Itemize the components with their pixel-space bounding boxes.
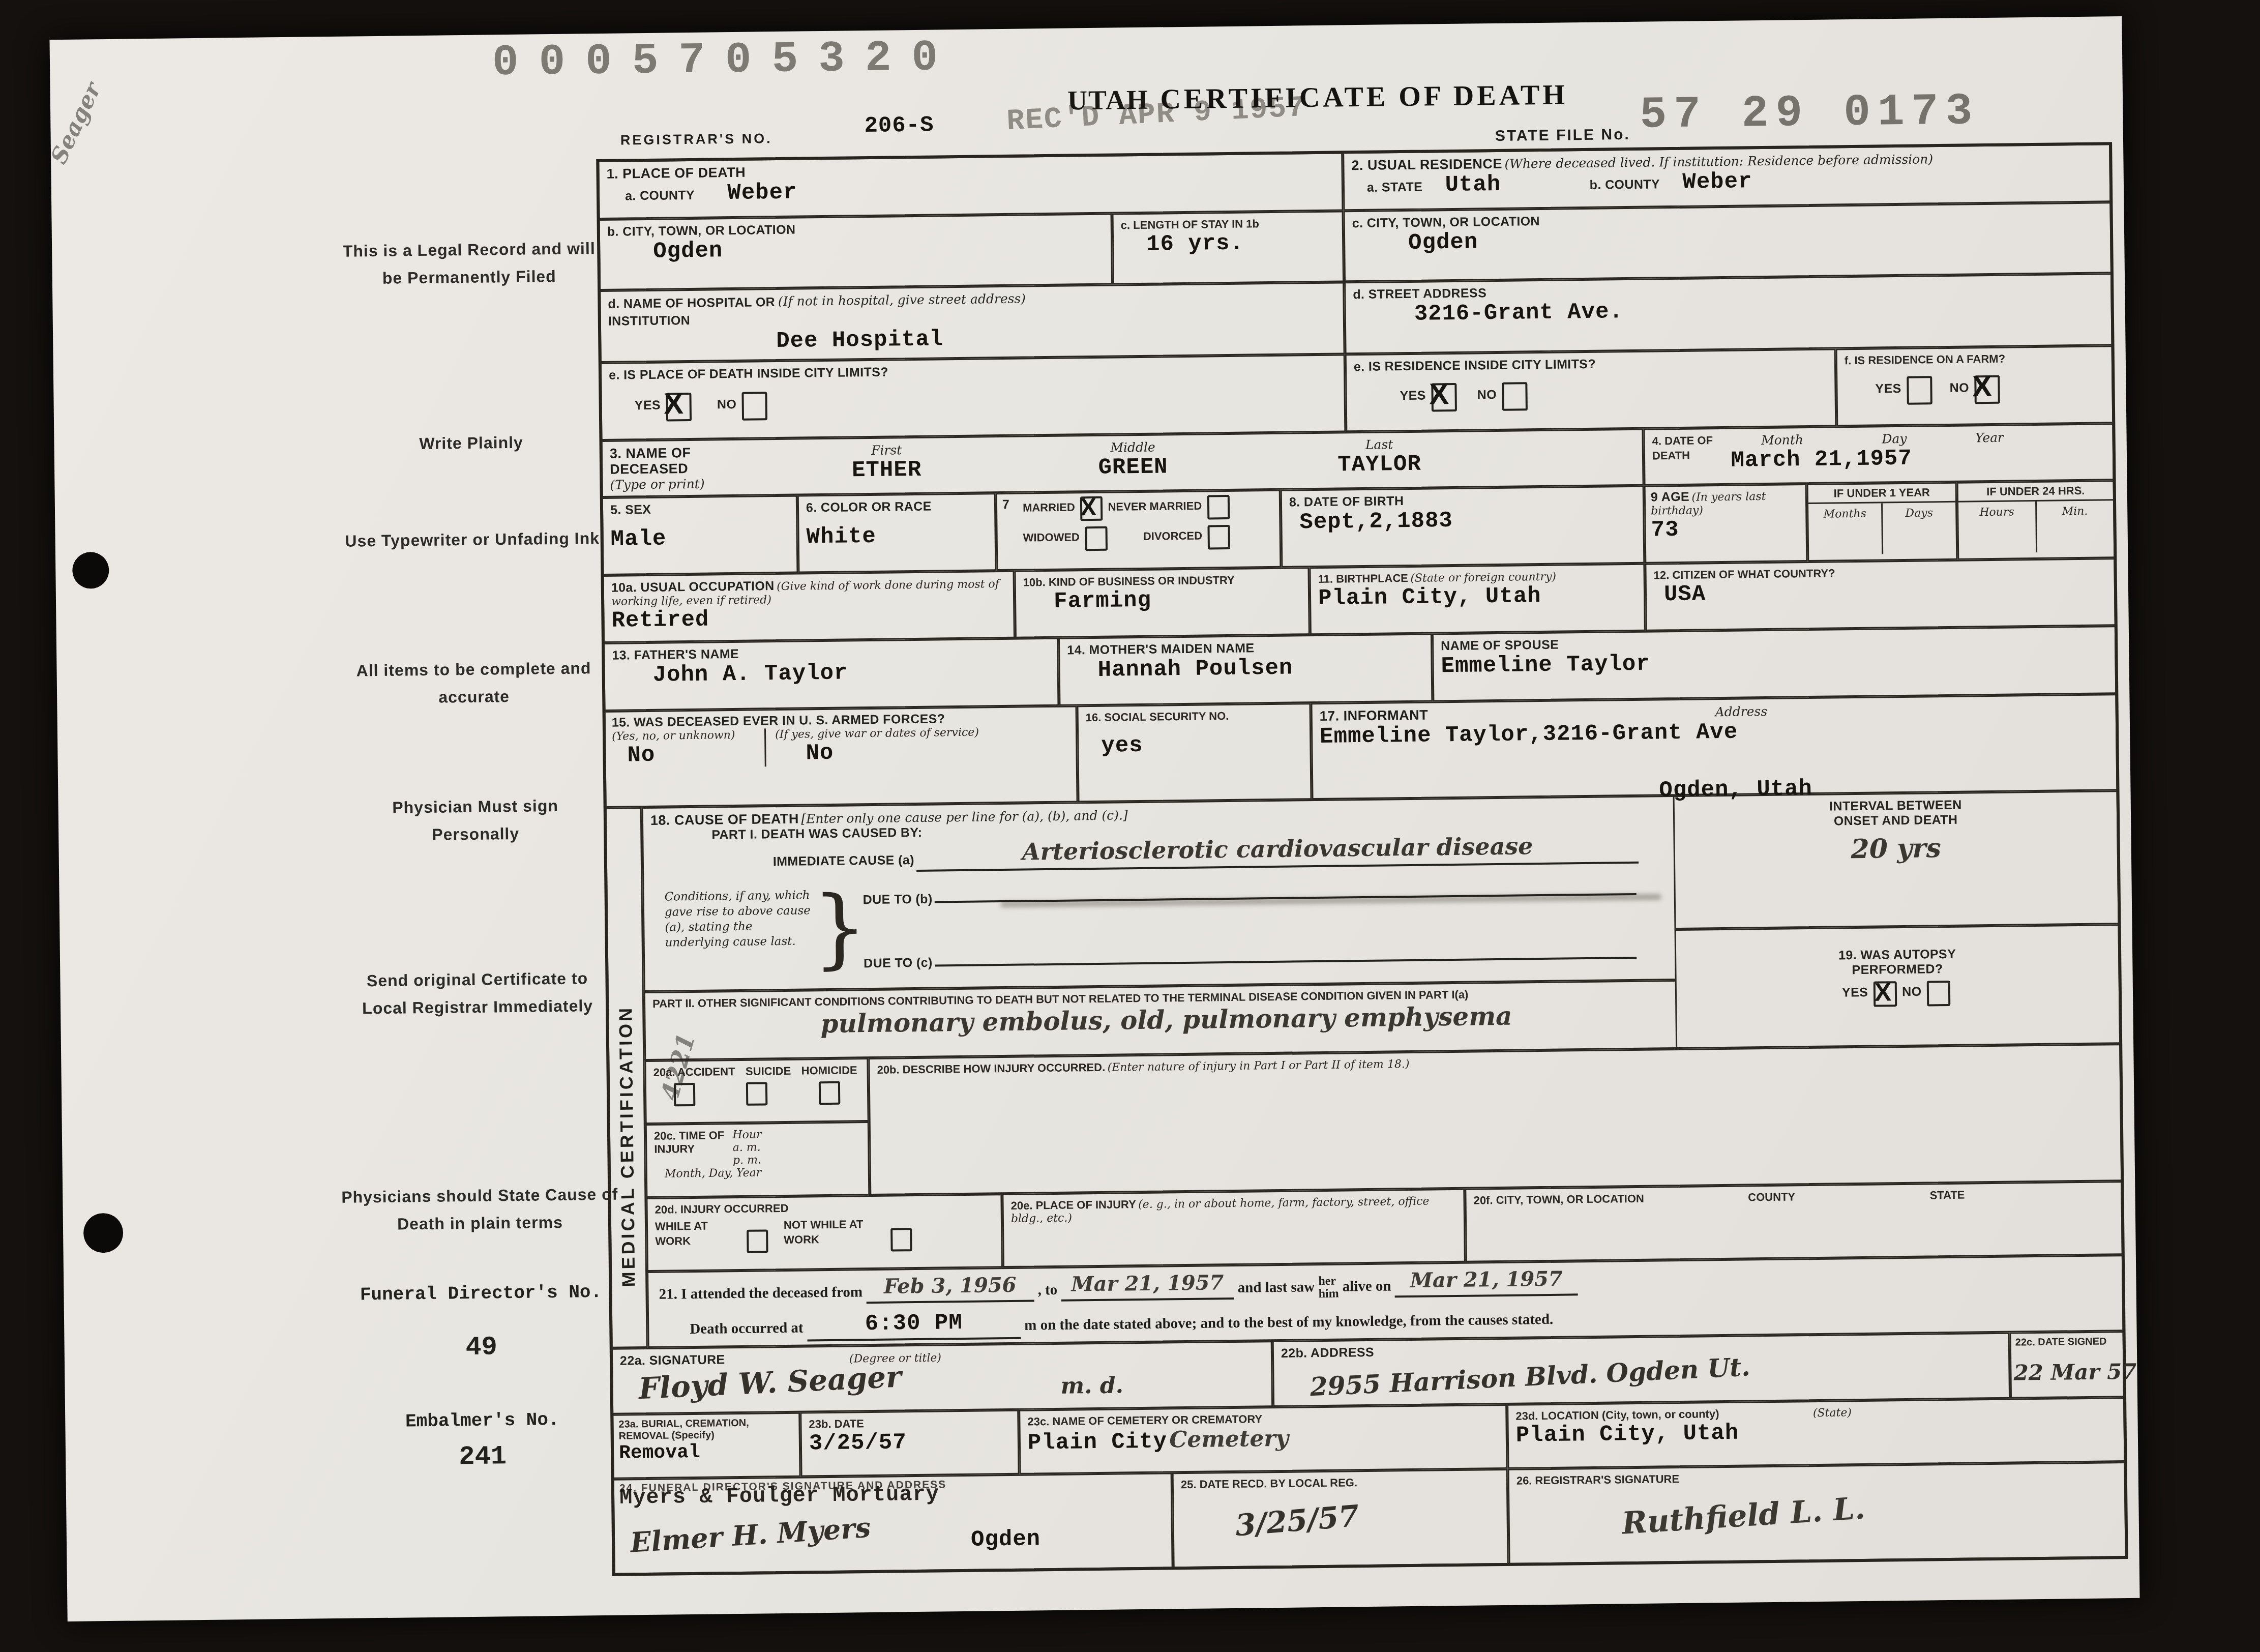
field-physician-signature: 22a. SIGNATURE (Degree or title) Floyd W… — [611, 1341, 1273, 1414]
cemetery-label: 23c. NAME OF CEMETERY OR CREMATORY — [1027, 1412, 1262, 1428]
father-value: John A. Taylor — [652, 660, 848, 688]
while-at-work-label: WHILE AT WORK — [655, 1219, 742, 1249]
attendance-no: 21. — [659, 1286, 677, 1302]
funeral-director-no-label: Funeral Director's No. — [328, 1279, 634, 1308]
him-label: him — [1318, 1288, 1339, 1301]
year-header: Year — [1975, 430, 2004, 446]
x-mark: X — [1080, 493, 1097, 521]
race-label: 6. COLOR OR RACE — [806, 499, 932, 515]
no-label: NO — [1949, 380, 1969, 395]
name-label: 3. NAME OF DECEASED — [610, 445, 691, 477]
due-to-b-line — [935, 893, 1637, 903]
registrar-no-value: 206-S — [864, 112, 934, 139]
field-residence-city-limits: e. IS RESIDENCE INSIDE CITY LIMITS? YES … — [1345, 348, 1837, 432]
autopsy-no-checkbox — [1927, 981, 1951, 1007]
occupation-value: Retired — [611, 607, 709, 634]
mother-value: Hannah Poulsen — [1097, 656, 1293, 683]
last-name-value: TAYLOR — [1337, 452, 1421, 478]
field-date-received: 25. DATE RECD. BY LOCAL REG. 3/25/57 — [1172, 1469, 1509, 1568]
not-while-at-work-label: NOT WHILE AT WORK — [784, 1217, 886, 1247]
field-date-of-death: 4. DATE OF DEATH Month Day Year March 21… — [1643, 423, 2114, 485]
hours-column: Hours — [1958, 501, 2037, 553]
under-1-year-header: IF UNDER 1 YEAR — [1808, 486, 1955, 504]
first-name-header: First — [871, 442, 902, 458]
signature-label: 22a. SIGNATURE — [620, 1352, 725, 1368]
field-death-city-limits: e. IS PLACE OF DEATH INSIDE CITY LIMITS?… — [600, 354, 1346, 440]
field-residence-farm: f. IS RESIDENCE ON A FARM? YES NO X — [1836, 345, 2114, 426]
conditions-brace: } — [812, 877, 868, 979]
location-value: Plain City, Utah — [1516, 1421, 1739, 1449]
field-residence-state-county: 2. USUAL RESIDENCE (Where deceased lived… — [1343, 143, 2111, 211]
part1-label: PART I. DEATH WAS CAUSED BY: — [711, 825, 922, 842]
field-age-under-24-hrs: IF UNDER 24 HRS. Hours Min. — [1957, 480, 2116, 560]
attendance-text5: Death occurred at — [690, 1319, 804, 1337]
attended-from-value: Feb 3, 1956 — [884, 1273, 1017, 1299]
ssn-value: yes — [1101, 733, 1143, 759]
injury-b-hint: (Enter nature of injury in Part I or Par… — [1107, 1058, 1409, 1074]
hospital-value: Dee Hospital — [776, 327, 943, 354]
industry-value: Farming — [1054, 588, 1151, 614]
title-state: UTAH — [1067, 84, 1149, 116]
while-at-work-checkbox — [747, 1230, 769, 1253]
no-label: NO — [1477, 388, 1497, 402]
residence-title-hint: (Where deceased lived. If institution: R… — [1504, 152, 1933, 171]
hour-label: Hour — [732, 1128, 761, 1141]
field-autopsy: 19. WAS AUTOPSY PERFORMED? YES X NO — [1675, 924, 2121, 1049]
date-signed-label: 22c. DATE SIGNED — [2015, 1336, 2107, 1348]
location-state-hint: (State) — [1813, 1406, 1852, 1420]
divorced-checkbox — [1207, 525, 1230, 549]
medical-certification-label: MEDICAL CERTIFICATION — [614, 900, 640, 1287]
date-of-death-label: 4. DATE OF DEATH — [1652, 433, 1729, 463]
interval-label-2: ONSET AND DEATH — [1834, 813, 1958, 829]
sex-label: 5. SEX — [610, 503, 651, 517]
no-label: NO — [717, 397, 737, 411]
embalmer-no-value: 241 — [330, 1437, 636, 1478]
middle-name-header: Middle — [1110, 440, 1155, 455]
married-checkbox: X — [1080, 496, 1103, 521]
field-age-under-1-year: IF UNDER 1 YEAR Months Days — [1807, 482, 1958, 562]
last-name-header: Last — [1365, 437, 1393, 452]
margin-note-typewriter: Use Typewriter or Unfading Ink — [332, 524, 612, 555]
title-main: CERTIFICATE OF DEATH — [1160, 79, 1568, 115]
divorced-label: DIVORCED — [1143, 529, 1202, 543]
registrar-no-label: REGISTRAR'S NO. — [620, 131, 772, 148]
hospital-hint: (If not in hospital, give street address… — [778, 291, 1026, 309]
funeral-home-typed-value: Myers & Foulger Mortuary — [619, 1482, 939, 1510]
location-label: 23d. LOCATION (City, town, or county) — [1515, 1407, 1719, 1423]
month-header: Month — [1761, 432, 1803, 448]
punch-hole-top — [72, 552, 109, 589]
field-part2-conditions: PART II. OTHER SIGNIFICANT CONDITIONS CO… — [644, 980, 1676, 1060]
field-street-address: d. STREET ADDRESS 3216-Grant Ave. — [1344, 273, 2113, 354]
injury-d-label: 20d. INJURY OCCURRED — [655, 1202, 789, 1216]
attendance-text4: alive on — [1343, 1278, 1391, 1294]
residence-city-label: c. CITY, TOWN, OR LOCATION — [1352, 214, 1540, 230]
injury-f-label: 20f. CITY, TOWN, OR LOCATION — [1473, 1192, 1644, 1207]
page-title: UTAH CERTIFICATE OF DEATH — [1067, 78, 1568, 116]
embalmer-no-label: Embalmer's No. — [330, 1406, 635, 1435]
x-mark: X — [1874, 977, 1891, 1007]
field-cemetery-name: 23c. NAME OF CEMETERY OR CREMATORY Plain… — [1019, 1404, 1507, 1474]
injury-a-label: 20a. — [653, 1066, 675, 1078]
residence-county-value: Weber — [1682, 169, 1752, 195]
street-label: d. STREET ADDRESS — [1353, 286, 1486, 302]
x-mark: X — [664, 387, 683, 421]
spouse-label: NAME OF SPOUSE — [1441, 638, 1559, 654]
never-married-checkbox — [1207, 495, 1230, 519]
field-how-injury-occurred: 20b. DESCRIBE HOW INJURY OCCURRED. (Ente… — [868, 1044, 2122, 1195]
ssn-label: 16. SOCIAL SECURITY NO. — [1086, 710, 1229, 724]
race-value: White — [806, 524, 876, 550]
residence-city-value: Ogden — [1408, 229, 1478, 256]
residence-farm-yes-checkbox — [1907, 376, 1932, 405]
field-marital-status: 7 MARRIED X NEVER MARRIED WIDOWED DIVORC… — [996, 490, 1282, 571]
forces-value-1: No — [627, 743, 655, 769]
under-24-hrs-header: IF UNDER 24 HRS. — [1958, 484, 2113, 502]
field-residence-city: c. CITY, TOWN, OR LOCATION Ogden — [1343, 202, 2112, 282]
yes-label: YES — [1875, 381, 1901, 396]
immediate-cause-label: IMMEDIATE CAUSE (a) — [773, 853, 914, 869]
yes-label: YES — [1400, 389, 1426, 403]
cause-label: 18. CAUSE OF DEATH — [650, 811, 799, 828]
months-column: Months — [1808, 503, 1883, 555]
field-registrar-signature: 26. REGISTRAR'S SIGNATURE Ruthfield L. L… — [1508, 1462, 2127, 1565]
stay-value: 16 yrs. — [1146, 231, 1244, 257]
injury-c-label: 20c. TIME OF INJURY — [654, 1129, 731, 1156]
forces-hint-2: (If yes, give war or dates of service) — [775, 726, 979, 742]
due-to-b-label: DUE TO (b) — [863, 892, 933, 907]
field-interval-onset-death: INTERVAL BETWEEN ONSET AND DEATH 20 yrs — [1673, 790, 2120, 929]
father-label: 13. FATHER'S NAME — [612, 647, 739, 663]
attendance-text2: , to — [1037, 1282, 1057, 1298]
informant-label: 17. INFORMANT — [1320, 707, 1429, 724]
married-label: MARRIED — [1023, 501, 1075, 514]
informant-value-line2: Ogden, Utah — [1659, 776, 1812, 803]
field-birthplace: 11. BIRTHPLACE (State or foreign country… — [1309, 564, 1645, 635]
alive-on-value: Mar 21, 1957 — [1410, 1267, 1563, 1292]
registrar-signature-label: 26. REGISTRAR'S SIGNATURE — [1516, 1472, 1679, 1487]
death-time-value: 6:30 PM — [865, 1310, 963, 1337]
address-label: 22b. ADDRESS — [1281, 1345, 1374, 1361]
never-married-label: NEVER MARRIED — [1108, 499, 1202, 513]
age-value: 73 — [1651, 517, 1679, 543]
autopsy-label-1: 19. WAS AUTOPSY — [1838, 947, 1956, 963]
min-column: Min. — [2037, 500, 2114, 552]
am-label: a. m. — [733, 1141, 761, 1154]
field-sex: 5. SEX Male — [602, 495, 798, 575]
margin-note-complete: All items to be complete and accurate — [346, 654, 601, 712]
field-informant: 17. INFORMANT Address Emmeline Taylor,32… — [1311, 694, 2118, 800]
widowed-checkbox — [1085, 526, 1108, 550]
field-death-city: b. CITY, TOWN, OR LOCATION Ogden — [599, 214, 1113, 290]
x-mark: X — [1972, 369, 1992, 403]
widowed-label: WIDOWED — [1023, 530, 1080, 544]
farm-label: f. IS RESIDENCE ON A FARM? — [1845, 352, 2005, 367]
death-city-limits-yes-checkbox: X — [666, 393, 692, 422]
field-disposition-method: 23a. BURIAL, CREMATION, REMOVAL (Specify… — [612, 1412, 800, 1479]
conditions-note: Conditions, if any, which gave rise to a… — [665, 888, 818, 951]
attended-from-line: Feb 3, 1956 — [866, 1276, 1034, 1304]
margin-note-send-original: Send original Certificate to Local Regis… — [350, 964, 605, 1022]
citizen-value: USA — [1664, 581, 1706, 607]
dob-label: 8. DATE OF BIRTH — [1289, 494, 1404, 510]
yes-label: YES — [635, 398, 661, 413]
field-funeral-director: 24. FUNERAL DIRECTOR'S SIGNATURE AND ADD… — [613, 1472, 1173, 1574]
suicide-label: SUICIDE — [746, 1065, 791, 1078]
due-to-c-label: DUE TO (c) — [864, 956, 933, 971]
field-ssn: 16. SOCIAL SECURITY NO. yes — [1077, 703, 1312, 802]
accident-checkbox — [674, 1083, 696, 1106]
residence-city-limits-label: e. IS RESIDENCE INSIDE CITY LIMITS? — [1354, 357, 1596, 374]
autopsy-label-2: PERFORMED? — [1852, 962, 1943, 977]
field-accident-suicide-homicide: 20a. ACCIDENT SUICIDE HOMICIDE — [644, 1058, 869, 1124]
sex-value: Male — [610, 526, 666, 552]
occupation-label: 10a. USUAL OCCUPATION — [611, 579, 775, 595]
residence-state-label: a. STATE — [1367, 180, 1423, 195]
disposition-method-value: Removal — [619, 1441, 700, 1464]
forces-hint-1: (Yes, no, or unknown) — [612, 729, 735, 743]
stay-label: c. LENGTH OF STAY IN 1b — [1121, 217, 1259, 231]
interval-value: 20 yrs — [1682, 831, 2110, 867]
disposition-date-value: 3/25/57 — [809, 1430, 907, 1456]
injury-county-label: COUNTY — [1748, 1190, 1795, 1203]
county-label: a. COUNTY — [625, 188, 695, 203]
dob-value: Sept,2,1883 — [1299, 508, 1453, 535]
field-date-signed: 22c. DATE SIGNED 22 Mar 57 — [2010, 1331, 2125, 1399]
field-armed-forces: 15. WAS DECEASED EVER IN U. S. ARMED FOR… — [604, 705, 1078, 808]
no-label: NO — [1902, 985, 1922, 999]
homicide-checkbox — [819, 1081, 841, 1105]
margin-note-write-plainly: Write Plainly — [344, 428, 599, 458]
injury-b-label: 20b. DESCRIBE HOW INJURY OCCURRED. — [877, 1061, 1105, 1076]
homicide-label: HOMICIDE — [801, 1064, 857, 1077]
date-received-value: 3/25/57 — [1234, 1498, 1360, 1543]
marital-label: 7 — [1002, 497, 1010, 512]
yes-label: YES — [1842, 985, 1868, 1000]
degree-value: m. d. — [1060, 1372, 1123, 1399]
street-value: 3216-Grant Ave. — [1414, 299, 1624, 327]
medical-certification-strip: MEDICAL CERTIFICATION — [605, 807, 648, 1348]
disposition-label-1: 23a. BURIAL, CREMATION, — [618, 1418, 749, 1430]
interval-label-1: INTERVAL BETWEEN — [1829, 798, 1962, 814]
field-time-of-injury: 20c. TIME OF INJURY Hour a. m. p. m. Mon… — [645, 1122, 870, 1198]
injury-state-label: STATE — [1929, 1189, 1965, 1202]
mother-label: 14. MOTHER'S MAIDEN NAME — [1067, 641, 1255, 657]
day-header: Day — [1882, 431, 1907, 447]
death-city-limits-no-checkbox — [741, 392, 767, 421]
residence-city-limits-yes-checkbox: X — [1431, 383, 1457, 412]
field-citizenship: 12. CITIZEN OF WHAT COUNTRY? USA — [1645, 558, 2116, 631]
residence-title: 2. USUAL RESIDENCE — [1351, 156, 1502, 173]
month-day-year-label: Month, Day, Year — [665, 1166, 762, 1180]
cause-hint: [Enter only one cause per line for (a), … — [801, 808, 1127, 826]
residence-state-value: Utah — [1445, 172, 1501, 198]
disposition-label-2: REMOVAL (Specify) — [619, 1430, 715, 1442]
attended-to-value: Mar 21, 1957 — [1071, 1271, 1224, 1296]
field-mother-name: 14. MOTHER'S MAIDEN NAME Hannah Poulsen — [1058, 633, 1433, 705]
industry-label: 10b. KIND OF BUSINESS OR INDUSTRY — [1023, 574, 1235, 589]
field-race: 6. COLOR OR RACE White — [797, 493, 997, 573]
immediate-cause-line: Arteriosclerotic cardiovascular disease — [916, 834, 1639, 872]
place-of-death-title: 1. PLACE OF DEATH — [606, 165, 746, 182]
scanned-death-certificate: { "scan": { "penciled_name": "Seager", "… — [0, 0, 2260, 1652]
field-father-name: 13. FATHER'S NAME John A. Taylor — [603, 638, 1059, 711]
alive-on-line: Mar 21, 1957 — [1395, 1270, 1579, 1297]
disposition-date-label: 23b. DATE — [809, 1417, 864, 1430]
informant-value: Emmeline Taylor,3216-Grant Ave — [1320, 720, 1738, 750]
death-city-value: Ogden — [653, 238, 723, 264]
first-name-value: ETHER — [852, 457, 922, 484]
funeral-director-signature: Elmer H. Myers — [629, 1511, 872, 1559]
funeral-home-city: Ogden — [971, 1526, 1041, 1553]
due-to-c-line — [935, 957, 1637, 967]
her-him-stack: her him — [1318, 1275, 1339, 1301]
informant-address-label: Address — [1715, 704, 1767, 719]
physician-address-value: 2955 Harrison Blvd. Ogden Ut. — [1310, 1351, 1751, 1402]
birthplace-value: Plain City, Utah — [1318, 583, 1541, 611]
birthplace-hint: (State or foreign country) — [1410, 571, 1556, 585]
date-received-label: 25. DATE RECD. BY LOCAL REG. — [1181, 1476, 1357, 1491]
residence-county-label: b. COUNTY — [1590, 177, 1660, 192]
death-city-label: b. CITY, TOWN, OR LOCATION — [607, 223, 796, 239]
name-hint: (Type or print) — [610, 477, 704, 492]
county-value: Weber — [727, 180, 797, 206]
not-while-at-work-checkbox — [890, 1228, 912, 1251]
spouse-value: Emmeline Taylor — [1441, 652, 1650, 680]
attended-to-line: Mar 21, 1957 — [1061, 1274, 1234, 1302]
age-label: 9 AGE — [1651, 490, 1689, 505]
field-spouse-name: NAME OF SPOUSE Emmeline Taylor — [1432, 626, 2117, 701]
residence-city-limits-no-checkbox — [1502, 382, 1528, 411]
death-city-limits-label: e. IS PLACE OF DEATH INSIDE CITY LIMITS? — [609, 365, 888, 382]
suicide-checkbox — [746, 1082, 768, 1105]
field-disposition-date: 23b. DATE 3/25/57 — [800, 1410, 1019, 1477]
residence-farm-no-checkbox: X — [1974, 375, 2000, 404]
field-cause-of-death: 18. CAUSE OF DEATH [Enter only one cause… — [642, 795, 1675, 992]
hospital-label: d. NAME OF HOSPITAL OR INSTITUTION — [608, 294, 776, 330]
margin-note-legal-record: This is a Legal Record and will be Perma… — [342, 234, 597, 292]
cemetery-hand-value: Cemetery — [1169, 1426, 1289, 1453]
field-age: 9 AGE (In years last birthday) 73 — [1644, 484, 1808, 564]
days-column: Days — [1883, 503, 1956, 554]
field-injury-location: 20f. CITY, TOWN, OR LOCATION COUNTY STAT… — [1465, 1181, 2123, 1262]
margin-note-physician-sign: Physician Must sign Personally — [348, 791, 603, 849]
cemetery-typed-value: Plain City — [1028, 1429, 1168, 1456]
pencil-annotation-name: Seager — [46, 78, 106, 168]
autopsy-yes-checkbox: X — [1873, 981, 1897, 1007]
certificate-paper: Seager 4221 0005705320 REGISTRAR'S NO. 2… — [49, 16, 2139, 1621]
date-of-death-value: March 21,1957 — [1731, 446, 1912, 474]
birthplace-label: 11. BIRTHPLACE — [1318, 572, 1409, 585]
field-hospital: d. NAME OF HOSPITAL OR INSTITUTION (If n… — [599, 282, 1345, 363]
registrar-signature-value: Ruthfield L. L. — [1621, 1490, 1866, 1541]
state-file-label: STATE FILE No. — [1495, 126, 1630, 145]
attendance-text1: I attended the deceased from — [681, 1284, 863, 1302]
state-file-number: 57 29 0173 — [1640, 86, 1980, 141]
field-place-of-injury: 20e. PLACE OF INJURY (e. g., in or about… — [1002, 1189, 1466, 1267]
funeral-director-no-value: 49 — [329, 1327, 634, 1368]
field-cemetery-location: 23d. LOCATION (City, town, or county) (S… — [1507, 1397, 2125, 1469]
accident-label: ACCIDENT — [677, 1065, 735, 1078]
field-injury-occurred: 20d. INJURY OCCURRED WHILE AT WORK NOT W… — [646, 1194, 1003, 1272]
immediate-cause-value: Arteriosclerotic cardiovascular disease — [1022, 832, 1533, 865]
field-length-of-stay: c. LENGTH OF STAY IN 1b 16 yrs. — [1112, 211, 1344, 284]
her-label: her — [1318, 1275, 1339, 1288]
punch-hole-bottom — [83, 1213, 124, 1253]
field-place-of-death-county: 1. PLACE OF DEATH a. COUNTY Weber — [598, 152, 1343, 219]
attendance-text6: m on the date stated above; and to the b… — [1024, 1311, 1553, 1333]
attendance-text3: and last saw — [1238, 1279, 1315, 1296]
margin-note-plain-terms: Physicians should State Cause of Death i… — [327, 1180, 633, 1239]
x-mark: X — [1429, 377, 1449, 411]
date-signed-value: 22 Mar 57 — [2013, 1359, 2137, 1385]
forces-value-2: No — [806, 741, 834, 766]
citizen-label: 12. CITIZEN OF WHAT COUNTRY? — [1653, 567, 1835, 581]
stamped-serial-number: 0005705320 — [492, 33, 959, 87]
field-occupation: 10a. USUAL OCCUPATION (Give kind of work… — [603, 571, 1015, 643]
pm-label: p. m. — [733, 1154, 761, 1167]
death-time-line: 6:30 PM — [807, 1311, 1021, 1341]
field-date-of-birth: 8. DATE OF BIRTH Sept,2,1883 — [1281, 486, 1645, 568]
middle-name-value: GREEN — [1098, 454, 1168, 481]
field-physician-address: 22b. ADDRESS 2955 Harrison Blvd. Ogden U… — [1272, 1333, 2010, 1407]
injury-e-label: 20e. PLACE OF INJURY — [1010, 1198, 1136, 1212]
field-industry: 10b. KIND OF BUSINESS OR INDUSTRY Farmin… — [1014, 567, 1310, 638]
